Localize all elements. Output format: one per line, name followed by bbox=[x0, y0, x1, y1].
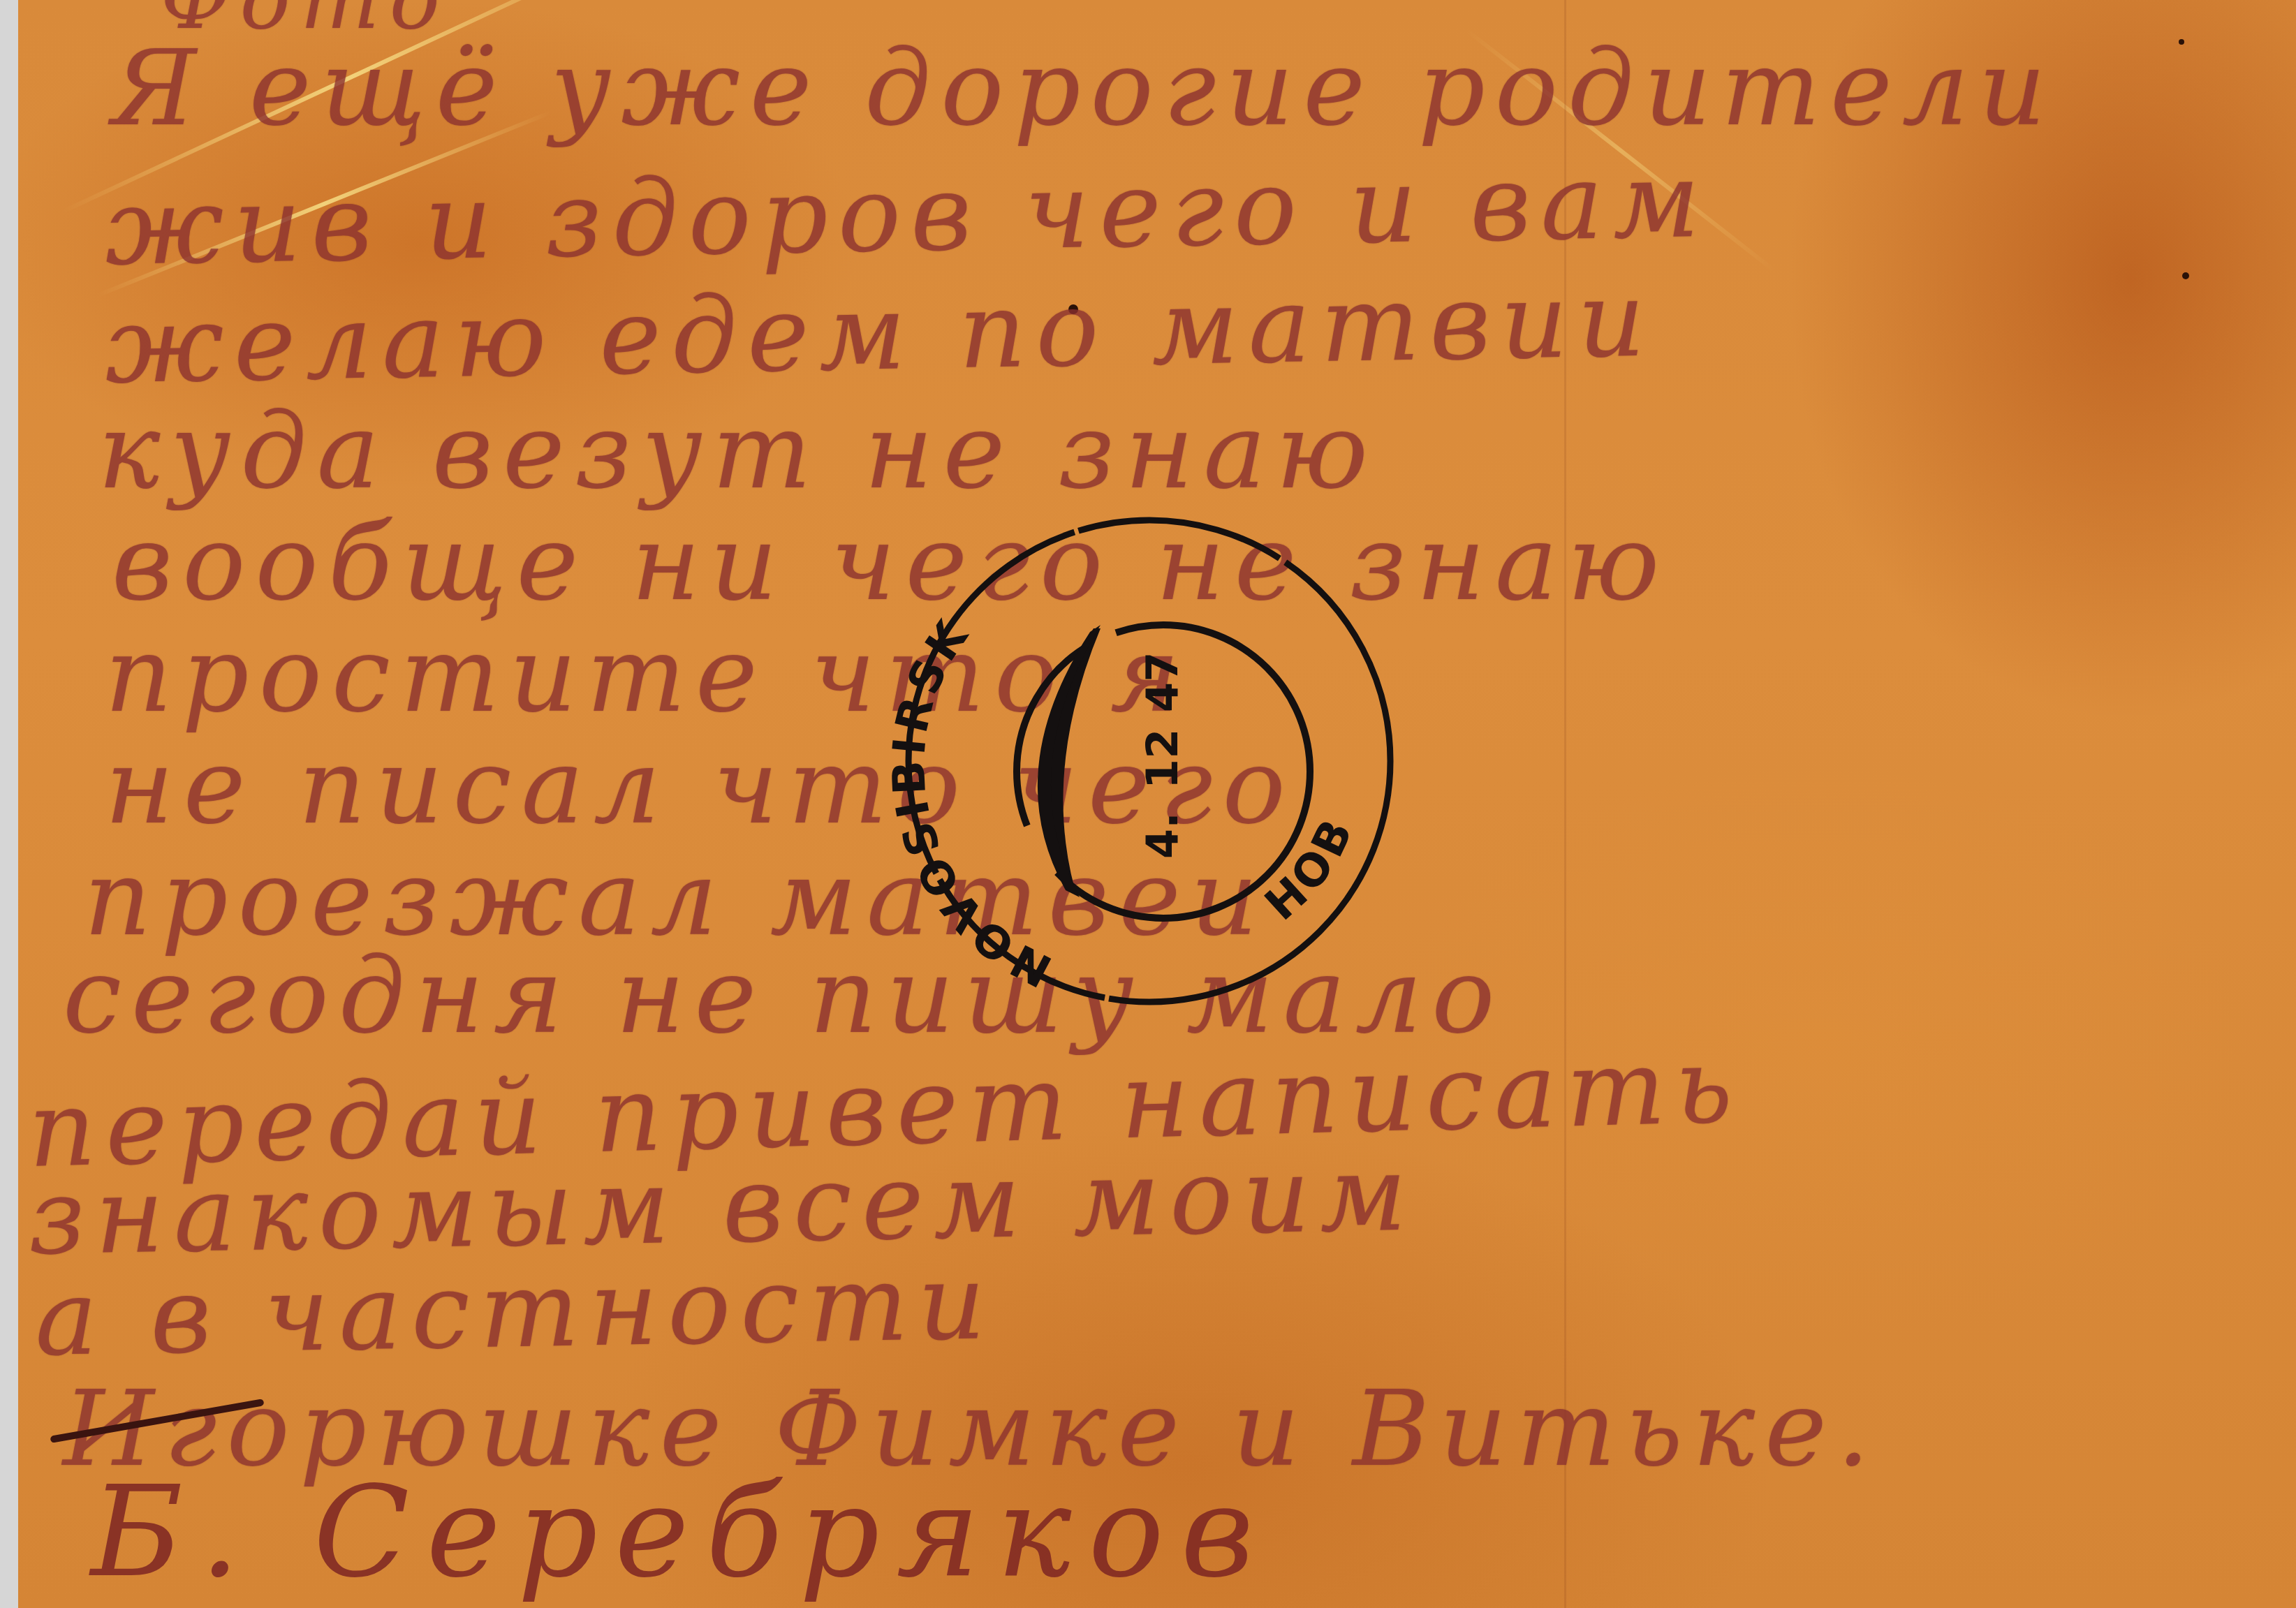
postmark-date-year: 47 bbox=[1137, 652, 1188, 712]
postmark-date-month: 12 bbox=[1137, 729, 1188, 789]
letter-line: а в частности bbox=[34, 1241, 996, 1380]
letter-line: куда везут не знаю bbox=[98, 391, 1378, 512]
letter-line: Я ещё уже дорогие родители bbox=[112, 28, 2056, 149]
postmark-stamp: NOVOSIBIRSK НОВОС 4. 12 47 bbox=[891, 503, 1408, 1019]
postmark-date-day: 4. bbox=[1137, 812, 1188, 859]
postmark-city-latin: NOVOSIBIRSK bbox=[891, 609, 1060, 996]
signature: Б. Серебряков bbox=[91, 1459, 1271, 1605]
scanned-letter-page: Фото Я ещё уже дорогие родители жив и зд… bbox=[0, 0, 2296, 1608]
